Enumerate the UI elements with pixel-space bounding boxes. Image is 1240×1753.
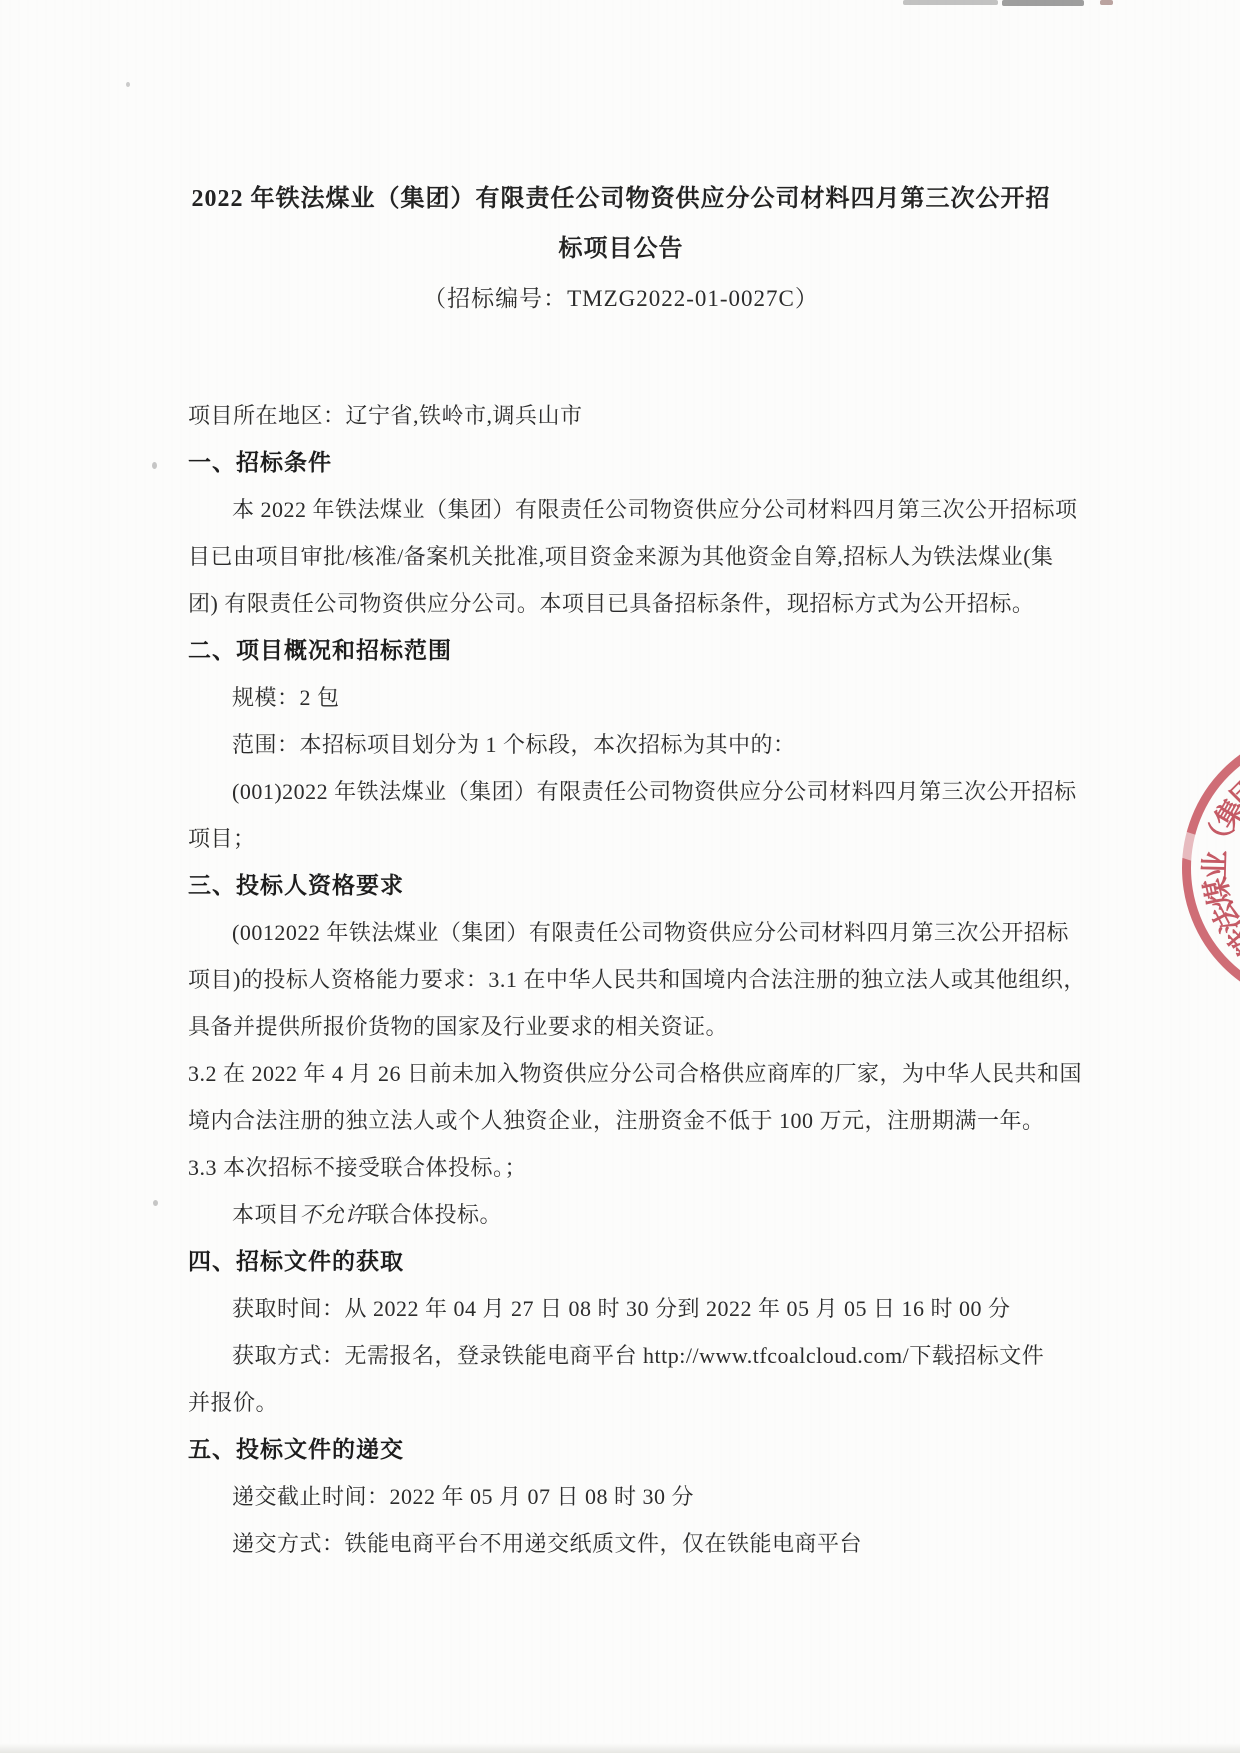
text-segment: 本 2022 年铁法煤业（集团）有限责任公司物资供应分公司材料四月第三次公开招标… — [232, 497, 1078, 522]
doc-line: 具备并提供所报价货物的国家及行业要求的相关资证。 — [188, 1003, 1054, 1050]
doc-line: 并报价。 — [188, 1379, 1054, 1426]
doc-line: 本 2022 年铁法煤业（集团）有限责任公司物资供应分公司材料四月第三次公开招标… — [188, 486, 1054, 533]
section-heading: 三、投标人资格要求 — [188, 862, 1054, 909]
text-segment: 规模：2 包 — [232, 685, 340, 710]
scanned-document-page: 2022 年铁法煤业（集团）有限责任公司物资供应分公司材料四月第三次公开招 标项… — [0, 0, 1240, 1753]
text-segment: 项目所在地区：辽宁省,铁岭市,调兵山市 — [188, 403, 583, 428]
text-segment: 3.3 本次招标不接受联合体投标。； — [188, 1155, 527, 1180]
text-segment: 项目)的投标人资格能力要求：3.1 在中华人民共和国境内合法注册的独立法人或其他… — [188, 967, 1086, 992]
scan-artifact — [152, 462, 157, 469]
text-segment: 获取方式：无需报名，登录铁能电商平台 http://www.tfcoalclou… — [232, 1343, 1044, 1368]
doc-line: 本项目不允许联合体投标。 — [188, 1191, 1054, 1238]
section-heading: 四、招标文件的获取 — [188, 1238, 1054, 1285]
section-heading: 二、项目概况和招标范围 — [188, 627, 1054, 674]
doc-line: 项目)的投标人资格能力要求：3.1 在中华人民共和国境内合法注册的独立法人或其他… — [188, 956, 1054, 1003]
spacer — [188, 324, 1054, 392]
text-segment: 境内合法注册的独立法人或个人独资企业，注册资金不低于 100 万元，注册期满一年… — [188, 1108, 1045, 1133]
doc-line: 3.3 本次招标不接受联合体投标。； — [188, 1144, 1054, 1191]
text-segment: 五、投标文件的递交 — [188, 1437, 404, 1462]
text-segment: 一、招标条件 — [188, 450, 332, 475]
scan-artifact — [1100, 0, 1113, 5]
text-segment: 具备并提供所报价货物的国家及行业要求的相关资证。 — [188, 1014, 728, 1039]
text-segment: 团) 有限责任公司物资供应分公司。本项目已具备招标条件，现招标方式为公开招标。 — [188, 591, 1034, 616]
doc-line: 范围：本招标项目划分为 1 个标段，本次招标为其中的： — [188, 721, 1054, 768]
text-segment: 不允许 — [300, 1202, 368, 1227]
document-body: 项目所在地区：辽宁省,铁岭市,调兵山市一、招标条件本 2022 年铁法煤业（集团… — [188, 392, 1054, 1567]
scan-artifact — [153, 1200, 158, 1206]
doc-line: 递交截止时间：2022 年 05 月 07 日 08 时 30 分 — [188, 1473, 1054, 1520]
doc-line: (0012022 年铁法煤业（集团）有限责任公司物资供应分公司材料四月第三次公开… — [188, 909, 1054, 956]
text-segment: 3.2 在 2022 年 4 月 26 日前未加入物资供应分公司合格供应商库的厂… — [188, 1061, 1082, 1086]
section-heading: 五、投标文件的递交 — [188, 1426, 1054, 1473]
doc-line: 获取时间：从 2022 年 04 月 27 日 08 时 30 分到 2022 … — [188, 1285, 1054, 1332]
document-title: 2022 年铁法煤业（集团）有限责任公司物资供应分公司材料四月第三次公开招 标项… — [188, 0, 1054, 324]
doc-line: 项目所在地区：辽宁省,铁岭市,调兵山市 — [188, 392, 1054, 439]
text-segment: 二、项目概况和招标范围 — [188, 638, 452, 663]
text-segment: 联合体投标。 — [367, 1202, 502, 1227]
text-segment: 目已由项目审批/核准/备案机关批准,项目资金来源为其他资金自筹,招标人为铁法煤业… — [188, 544, 1054, 569]
text-segment: 本项目 — [232, 1202, 300, 1227]
scan-artifact — [126, 82, 130, 87]
doc-line: 境内合法注册的独立法人或个人独资企业，注册资金不低于 100 万元，注册期满一年… — [188, 1097, 1054, 1144]
text-segment: 范围：本招标项目划分为 1 个标段，本次招标为其中的： — [232, 732, 796, 757]
doc-line: 递交方式：铁能电商平台不用递交纸质文件，仅在铁能电商平台 — [188, 1520, 1054, 1567]
company-round-seal: 铁法煤业（集团） — [1182, 728, 1240, 1008]
title-line: 标项目公告 — [188, 224, 1054, 274]
section-heading: 一、招标条件 — [188, 439, 1054, 486]
text-segment: 递交方式：铁能电商平台不用递交纸质文件，仅在铁能电商平台 — [232, 1531, 862, 1556]
doc-line: 3.2 在 2022 年 4 月 26 日前未加入物资供应分公司合格供应商库的厂… — [188, 1050, 1054, 1097]
doc-line: 项目； — [188, 815, 1054, 862]
text-segment: 四、招标文件的获取 — [188, 1249, 404, 1274]
doc-line: 获取方式：无需报名，登录铁能电商平台 http://www.tfcoalclou… — [188, 1332, 1054, 1379]
text-segment: 三、投标人资格要求 — [188, 873, 404, 898]
text-segment: 项目； — [188, 826, 256, 851]
text-segment: 获取时间：从 2022 年 04 月 27 日 08 时 30 分到 2022 … — [232, 1296, 1011, 1321]
text-segment: (0012022 年铁法煤业（集团）有限责任公司物资供应分公司材料四月第三次公开… — [232, 920, 1069, 945]
text-segment: 并报价。 — [188, 1390, 278, 1415]
doc-line: 目已由项目审批/核准/备案机关批准,项目资金来源为其他资金自筹,招标人为铁法煤业… — [188, 533, 1054, 580]
text-segment: (001)2022 年铁法煤业（集团）有限责任公司物资供应分公司材料四月第三次公… — [232, 779, 1077, 804]
document: 2022 年铁法煤业（集团）有限责任公司物资供应分公司材料四月第三次公开招 标项… — [188, 0, 1054, 1567]
doc-line: 团) 有限责任公司物资供应分公司。本项目已具备招标条件，现招标方式为公开招标。 — [188, 580, 1054, 627]
text-segment: 递交截止时间：2022 年 05 月 07 日 08 时 30 分 — [232, 1484, 694, 1509]
title-line: 2022 年铁法煤业（集团）有限责任公司物资供应分公司材料四月第三次公开招 — [188, 174, 1054, 224]
doc-line: (001)2022 年铁法煤业（集团）有限责任公司物资供应分公司材料四月第三次公… — [188, 768, 1054, 815]
tender-number: （招标编号：TMZG2022-01-0027C） — [188, 274, 1054, 324]
doc-line: 规模：2 包 — [188, 674, 1054, 721]
scan-bottom-edge — [0, 1743, 1240, 1753]
